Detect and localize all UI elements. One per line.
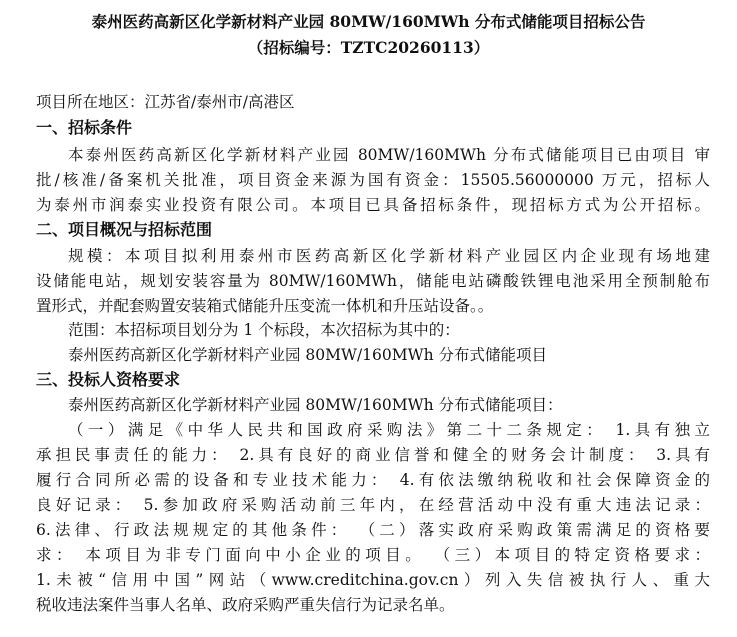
section-1-line: 本泰州医药高新区化学新材料产业园 80MW/160MWh 分布式储能项目已由项目… [68, 145, 710, 165]
section-heading-1: 一、招标条件 [36, 118, 132, 138]
section-3-line: 承担民事责任的能力： 2.具有良好的商业信誉和健全的财务会计制度： 3.具有 [36, 445, 710, 465]
section-2-line: 范围：本招标项目划分为 1 个标段，本次招标为其中的： [68, 320, 460, 340]
section-3-line: （一）满足《中华人民共和国政府采购法》第二十二条规定： 1.具有独立 [68, 420, 710, 440]
tender-code: （招标编号：TZTC20260113） [0, 38, 737, 58]
section-heading-2: 二、项目概况与招标范围 [36, 220, 212, 240]
section-3-line: 6.法律、行政法规规定的其他条件： （二）落实政府采购政策需满足的资格要 [36, 520, 710, 540]
section-3-line: 良好记录： 5.参加政府采购活动前三年内，在经营活动中没有重大违法记录： [36, 495, 710, 515]
document-title: 泰州医药高新区化学新材料产业园 80MW/160MWh 分布式储能项目招标公告 [0, 12, 737, 32]
section-3-line: 求： 本项目为非专门面向中小企业的项目。 （三）本项目的特定资格要求： [36, 545, 710, 565]
section-3-line: 1.未被“信用中国”网站（www.creditchina.gov.cn）列入失信… [36, 570, 710, 590]
section-heading-3: 三、投标人资格要求 [36, 370, 180, 390]
section-1-line: 为泰州市润泰实业投资有限公司。本项目已具备招标条件，现招标方式为公开招标。 [36, 195, 710, 215]
section-3-line: 泰州医药高新区化学新材料产业园 80MW/160MWh 分布式储能项目： [68, 395, 562, 415]
section-2-line: 泰州医药高新区化学新材料产业园 80MW/160MWh 分布式储能项目 [68, 345, 547, 365]
section-3-line: 履行合同所必需的设备和专业技术能力： 4.有依法缴纳税收和社会保障资金的 [36, 470, 710, 490]
section-2-line: 置形式，并配套购置安装箱式储能升压变流一体机和升压站设备。。 [36, 296, 493, 316]
section-3-line: 税收违法案件当事人名单、政府采购严重失信行为记录名单。 [36, 595, 455, 615]
section-1-line: 批/核准/备案机关批准，项目资金来源为国有资金：15505.56000000 万… [36, 170, 710, 190]
section-2-line: 规模：本项目拟利用泰州市医药高新区化学新材料产业园区内企业现有场地建 [68, 246, 710, 266]
section-2-line: 设储能电站，规划安装容量为 80MW/160MWh，储能电站磷酸铁锂电池采用全预… [36, 271, 710, 291]
project-location: 项目所在地区：江苏省/泰州市/高港区 [36, 92, 294, 112]
